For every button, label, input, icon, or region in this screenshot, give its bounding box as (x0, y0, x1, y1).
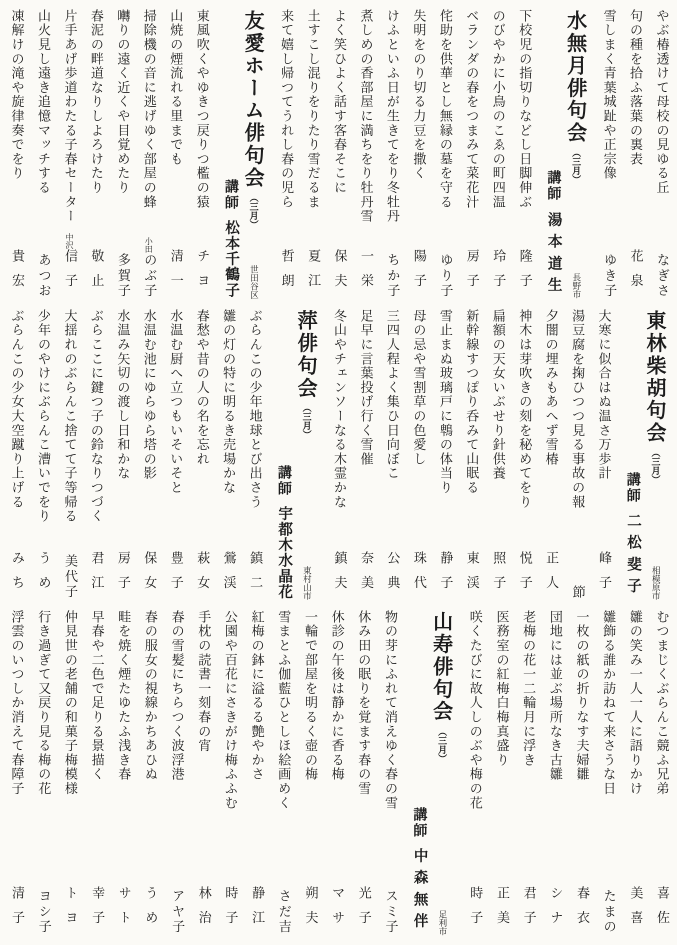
section-heading: 東林柴胡句会 （三月） 相模原市 講師 二松斐子 (626, 309, 666, 601)
haiku-column: 物の芽にふれて消えゆく春の雪 スミ子 (381, 610, 397, 935)
haiku-text: やぶ椿透けて母校の見ゆる丘 (655, 9, 668, 195)
haiku-text: 母の忌や雪割草の色愛し (411, 309, 424, 466)
haiku-author: なぎさ (653, 253, 669, 299)
author-name: ヨシ子 (36, 889, 51, 935)
author-name: 鎮夫 (332, 551, 347, 600)
author-name: 保夫 (332, 249, 347, 298)
haiku-author: 鎮夫 (331, 551, 347, 600)
author-name: 林治 (196, 886, 211, 935)
haiku-author: うめ (141, 886, 157, 935)
section-title: 友愛ホーム俳句会 (243, 10, 263, 189)
author-name: ちか子 (384, 253, 399, 299)
haiku-column: むつまじくぶらんこ競ふ兄弟 喜佐 (653, 610, 669, 935)
author-name: 玲子 (490, 249, 505, 298)
leader-label: 講師 (224, 179, 238, 211)
haiku-column: 雪止まぬ玻璃戸に鵯の体当り 静子 (436, 309, 452, 601)
author-name: チヨ (194, 249, 209, 298)
author-name: のぶ子 (141, 253, 156, 299)
haiku-column: ぶらんこの少年地球とび出さう 鎮二 (246, 309, 262, 601)
section-leader-column: 講師 松本千鶴子 (224, 9, 239, 299)
haiku-column: 春の服女の視線かちあひぬ うめ (141, 610, 157, 935)
haiku-author: 時子 (466, 886, 482, 935)
haiku-column: 団地には並ぶ場所なき古雛 シナ (546, 610, 562, 935)
haiku-column: 雛飾る誰か訪ねて来さうな日 たまの (600, 610, 616, 935)
leader-label: 講師 (546, 170, 560, 202)
haiku-column: 冬山やチェンソーなる木霊かな 鎮夫 (331, 309, 347, 601)
section-title: 山寿俳句会 (432, 611, 452, 723)
haiku-author: 珠代 (410, 551, 426, 600)
haiku-column: 一輪で部屋を明るく壺の梅 朔夫 (301, 610, 317, 935)
haiku-column: 雪しまく青葉城趾や正宗像 ゆき子 (600, 9, 616, 299)
author-name: 信子 (62, 249, 77, 298)
haiku-text: 一輪で部屋を明るく壺の梅 (303, 610, 316, 782)
author-name: 清子 (9, 886, 24, 935)
haiku-text: 雛飾る誰か訪ねて来さうな日 (601, 610, 614, 796)
haiku-text: むつまじくぶらんこ競ふ兄弟 (655, 610, 668, 796)
haiku-author: 多賀子 (114, 253, 130, 299)
haiku-column: 三四人程よく集ひ日向ぼこ 公典 (383, 309, 399, 601)
leader-name: 湯本道生 (546, 212, 561, 299)
section-heading: 萍俳句会 （三月） 東村山市 講師 宇都木水晶花 (277, 309, 317, 601)
haiku-column: 新幹線すつぽり呑みて山眠る 東渓 (463, 309, 479, 601)
leader-name: 二松斐子 (626, 513, 641, 600)
haiku-author: 正人 (542, 551, 558, 600)
haiku-author: 奈美 (357, 551, 373, 600)
section-city: 東村山市 (302, 566, 311, 600)
haiku-text: 公園や百花にさきがけ梅ふふむ (223, 610, 236, 810)
haiku-text: 畦を焼く煙たゆたふ浅き春 (116, 610, 129, 782)
haiku-column: 早春や二色で足りる景描く 幸子 (88, 610, 104, 935)
section-title-column: 東林柴胡句会 （三月） 相模原市 (645, 309, 665, 601)
haiku-column: 仲見世の老舗の和菓子梅模様 トヨ (61, 610, 77, 935)
section-leader-column: 講師 宇都木水晶花 (277, 309, 292, 601)
haiku-text: 春愁や昔の人の名を忘れ (195, 309, 208, 466)
haiku-column: 夕闇の埋みもあへず雪椿 正人 (542, 309, 558, 601)
haiku-column: 凍解けの滝や旋律奏でをり 貴宏 (8, 9, 24, 299)
leader-name: 宇都木水晶花 (277, 506, 292, 600)
author-name: 時子 (467, 886, 482, 935)
author-name: 貴宏 (9, 249, 24, 298)
haiku-column: 春愁や昔の人の名を忘れ 萩女 (193, 309, 209, 601)
haiku-column: 山焼の煙流れる里までも 清一 (167, 9, 183, 299)
author-name: 静子 (437, 551, 452, 600)
haiku-page: やぶ椿透けて母校の見ゆる丘 なぎさ 句の種を拾ふ落葉の裏表 花泉 雪しまく青葉城… (0, 0, 677, 945)
section-title: 萍俳句会 (296, 310, 316, 400)
haiku-text: 夕闇の埋みもあへず雪椿 (544, 309, 557, 466)
author-name: 敬止 (88, 249, 103, 298)
haiku-column: 大寒に似合はぬ温さ万歩計 峰子 (595, 309, 611, 601)
section-month: （三月） (247, 193, 260, 229)
section-title-column: 萍俳句会 （三月） 東村山市 (296, 309, 316, 601)
haiku-text: 浮雲のいつしか消えて春障子 (10, 610, 23, 796)
haiku-author: 隆子 (516, 249, 532, 298)
haiku-column: 片手あげ歩道わたる子春セーター 中沢信子 (61, 9, 77, 299)
haiku-band-1: やぶ椿透けて母校の見ゆる丘 なぎさ 句の種を拾ふ落葉の裏表 花泉 雪しまく青葉城… (8, 9, 669, 299)
haiku-author: 悦子 (516, 551, 532, 600)
haiku-text: ぶらんこの少女大空蹴り上げる (10, 309, 23, 509)
haiku-author: あつお (34, 253, 50, 299)
author-name: 正人 (543, 551, 558, 600)
author-name: 時子 (222, 886, 237, 935)
haiku-text: 雛の笑み一人一人に語りかけ (628, 610, 641, 796)
haiku-author: たまの (600, 889, 616, 935)
haiku-column: 水温む厨へ立つもいそいそと 豊子 (167, 309, 183, 601)
haiku-text: 団地には並ぶ場所なき古雛 (548, 610, 561, 782)
haiku-text: 雪しまく青葉城趾や正宗像 (602, 9, 615, 181)
haiku-author: 照子 (489, 551, 505, 600)
haiku-column: 扁額の天女いぶせり針供養 照子 (489, 309, 505, 601)
section-heading: 水無月俳句会 （三月） 長野市 講師 湯本道生 (546, 9, 586, 299)
author-name: 光子 (356, 886, 371, 935)
haiku-author: マサ (328, 886, 344, 935)
haiku-column: 東風吹くやゆきつ戻りつ檻の猿 チヨ (193, 9, 209, 299)
haiku-column: 水温み矢切の渡し日和かな 房子 (114, 309, 130, 601)
haiku-author: スミ子 (381, 889, 397, 935)
haiku-author: ヨシ子 (35, 889, 51, 935)
haiku-author: 春衣 (573, 886, 589, 935)
haiku-text: 雛の灯の特に明るき売場かな (221, 309, 234, 495)
haiku-text: けふといふ日が生きてをり冬牡丹 (385, 9, 398, 224)
haiku-author: 一栄 (357, 249, 373, 298)
haiku-author: 哲朗 (278, 249, 294, 298)
haiku-text: 雪止まぬ玻璃戸に鵯の体当り (438, 309, 451, 495)
haiku-author: ゆり子 (436, 253, 452, 299)
author-name: 隆子 (517, 249, 532, 298)
haiku-author: 公典 (383, 551, 399, 600)
haiku-text: 侘助を供華とし無縁の墓を守る (438, 9, 451, 209)
section-city: 世田谷区 (249, 265, 258, 299)
haiku-column: 休診の午後は静かに香る梅 マサ (328, 610, 344, 935)
author-name: ゆき子 (601, 253, 616, 299)
haiku-text: ぶらんこの少年地球とび出さう (248, 309, 261, 509)
haiku-column: 休み田の眠りを覚ます春の雪 光子 (355, 610, 371, 935)
author-name: 多賀子 (115, 253, 130, 299)
haiku-author: 幸子 (88, 886, 104, 935)
author-name: 照子 (490, 551, 505, 600)
haiku-text: のびやかに小鳥のこゑの町四温 (491, 9, 504, 209)
haiku-column: 囀りの遠く近くや目覚めたり 多賀子 (114, 9, 130, 299)
author-name: 一栄 (358, 249, 373, 298)
author-name: 珠代 (411, 551, 426, 600)
haiku-column: 一枚の紙の折りなす夫婦雛 春衣 (573, 610, 589, 935)
author-name: 君江 (88, 551, 103, 600)
author-name: 鶯渓 (221, 551, 236, 600)
author-name: 悦子 (517, 551, 532, 600)
haiku-author: 小田のぶ子 (140, 237, 156, 299)
author-name: 夏江 (305, 249, 320, 298)
haiku-author: 房子 (463, 249, 479, 298)
haiku-text: 扁額の天女いぶせり針供養 (491, 309, 504, 481)
haiku-column: 手枕の読書一刻春の宵 林治 (195, 610, 211, 935)
haiku-text: 一枚の紙の折りなす夫婦雛 (574, 610, 587, 782)
haiku-author: 東渓 (463, 551, 479, 600)
leader-label: 講師 (277, 465, 291, 497)
haiku-author: ゆき子 (600, 253, 616, 299)
haiku-text: 下校児の指切りなどし日脚伸ぶ (517, 9, 530, 209)
section-leader-column: 講師 中森無伴 (412, 610, 427, 935)
author-name: 東渓 (464, 551, 479, 600)
haiku-text: 休み田の眠りを覚ます春の雪 (356, 610, 369, 796)
author-name: なぎさ (654, 253, 669, 299)
haiku-author: 喜佐 (653, 886, 669, 935)
haiku-column: 行き過ぎて又戻り見る梅の花 ヨシ子 (35, 610, 51, 935)
author-name: サト (116, 886, 131, 935)
author-name: 正美 (494, 886, 509, 935)
haiku-text: 東風吹くやゆきつ戻りつ檻の猿 (195, 9, 208, 209)
haiku-author: 朔夫 (301, 886, 317, 935)
haiku-author: 清一 (167, 249, 183, 298)
author-name: さだ吉 (276, 889, 291, 935)
section-month: （三月） (649, 448, 662, 484)
author-name: トヨ (62, 886, 77, 935)
haiku-column: 雛の灯の特に明るき売場かな 鶯渓 (220, 309, 236, 601)
haiku-column: 土すこし混りをりたり雪だるま 夏江 (304, 9, 320, 299)
haiku-text: 春泥の畔道なりしよろけたり (89, 9, 102, 195)
haiku-author: 豊子 (167, 551, 183, 600)
haiku-author: 花泉 (627, 249, 643, 298)
author-name: 保女 (141, 551, 156, 600)
haiku-text: 囀りの遠く近くや目覚めたり (115, 9, 128, 195)
haiku-text: 湯豆腐を掬ひつつ見る事故の報 (570, 309, 583, 509)
haiku-text: 山焼の煙流れる里までも (168, 9, 181, 166)
haiku-column: 掃除機の音に逃げゆく部屋の蜂 小田のぶ子 (140, 9, 156, 299)
haiku-column: 山火見し遠き追憶マッチする あつお (34, 9, 50, 299)
author-name: 清一 (168, 249, 183, 298)
haiku-column: 神木は芽吹きの刻を秘めてをり 悦子 (516, 309, 532, 601)
haiku-column: やぶ椿透けて母校の見ゆる丘 なぎさ (653, 9, 669, 299)
haiku-author: 光子 (355, 886, 371, 935)
haiku-text: 足早に言葉投げ行く雪催 (358, 309, 371, 466)
haiku-author: 陽子 (410, 249, 426, 298)
haiku-author: 保夫 (331, 249, 347, 298)
haiku-text: 老梅の花一二輪月に浮き (521, 610, 534, 767)
author-name: 美喜 (627, 886, 642, 935)
haiku-author: うめ (34, 551, 50, 600)
haiku-column: 足早に言葉投げ行く雪催 奈美 (357, 309, 373, 601)
author-name: 公典 (384, 551, 399, 600)
haiku-text: 失明をのり切る力豆を撒く (411, 9, 424, 181)
haiku-column: 侘助を供華とし無縁の墓を守る ゆり子 (436, 9, 452, 299)
haiku-text: 新幹線すつぽり呑みて山眠る (464, 309, 477, 495)
author-name: 萩女 (194, 551, 209, 600)
author-name: たまの (601, 889, 616, 935)
haiku-author: 君子 (520, 886, 536, 935)
author-name: 陽子 (411, 249, 426, 298)
leader-name: 中森無伴 (412, 848, 427, 935)
haiku-text: 神木は芽吹きの刻を秘めてをり (517, 309, 530, 509)
section-title-column: 水無月俳句会 （三月） 長野市 (566, 9, 586, 299)
leader-label: 講師 (626, 472, 640, 504)
author-name: うめ (142, 886, 157, 935)
haiku-column: のびやかに小鳥のこゑの町四温 玲子 (489, 9, 505, 299)
author-name: あつお (35, 253, 50, 299)
haiku-author: 萩女 (193, 551, 209, 600)
section-leader-column: 講師 二松斐子 (626, 309, 641, 601)
haiku-author: さだ吉 (275, 889, 291, 935)
haiku-text: 句の種を拾ふ落葉の裏表 (628, 9, 641, 166)
haiku-band-3: むつまじくぶらんこ競ふ兄弟 喜佐 雛の笑み一人一人に語りかけ 美喜 雛飾る誰か訪… (8, 610, 669, 935)
haiku-column: ベランダの春をつまみて菜花汁 房子 (463, 9, 479, 299)
haiku-text: 行き過ぎて又戻り見る梅の花 (36, 610, 49, 796)
haiku-text: 仲見世の老舗の和菓子梅模様 (63, 610, 76, 796)
haiku-column: ぶらんこの少女大空蹴り上げる みち (8, 309, 24, 601)
section-city: 足利市 (437, 910, 446, 936)
haiku-author: 美代子 (61, 554, 77, 600)
haiku-author: チヨ (193, 249, 209, 298)
haiku-author: 林治 (195, 886, 211, 935)
author-name: 節 (570, 585, 585, 600)
haiku-column: 少年のやけにぶらんこ漕いでをり うめ (34, 309, 50, 601)
author-name: 房子 (464, 249, 479, 298)
haiku-author: 正美 (493, 886, 509, 935)
author-name: 朔夫 (302, 886, 317, 935)
haiku-text: 春の服女の視線かちあひぬ (143, 610, 156, 782)
author-name: シナ (547, 886, 562, 935)
haiku-author: 峰子 (595, 551, 611, 600)
section-title: 水無月俳句会 (566, 10, 586, 144)
haiku-column: 咲くたびに故人しのぶや梅の花 時子 (466, 610, 482, 935)
haiku-column: 雪まとふ伽藍ひとしほ絵画めく さだ吉 (275, 610, 291, 935)
haiku-column: 句の種を拾ふ落葉の裏表 花泉 (627, 9, 643, 299)
haiku-text: 片手あげ歩道わたる子春セーター (62, 9, 75, 224)
author-name: マサ (329, 886, 344, 935)
author-name: 君子 (521, 886, 536, 935)
haiku-column: 大揺れのぶらんこ捨てて子等帰る 美代子 (61, 309, 77, 601)
author-name: 春衣 (574, 886, 589, 935)
haiku-author: サト (115, 886, 131, 935)
section-heading: 友愛ホーム俳句会 （三月） 世田谷区 講師 松本千鶴子 (224, 9, 264, 299)
author-name: うめ (35, 551, 50, 600)
haiku-text: 大揺れのぶらんこ捨てて子等帰る (62, 309, 75, 524)
author-name: アヤ子 (169, 889, 184, 935)
haiku-text: 山火見し遠き追憶マッチする (36, 9, 49, 195)
haiku-author: 中沢信子 (61, 233, 77, 298)
leader-name: 松本千鶴子 (224, 220, 239, 298)
haiku-text: 紅梅の鉢に溢るる艶やかさ (250, 610, 263, 782)
haiku-column: 春泥の畔道なりしよろけたり 敬止 (87, 9, 103, 299)
haiku-text: 水温み矢切の渡し日和かな (115, 309, 128, 481)
haiku-column: 畦を焼く煙たゆたふ浅き春 サト (115, 610, 131, 935)
section-month: （三月） (435, 727, 448, 763)
haiku-author: 保女 (140, 551, 156, 600)
haiku-author: 清子 (8, 886, 24, 935)
haiku-author: 静子 (436, 551, 452, 600)
haiku-author: アヤ子 (168, 889, 184, 935)
haiku-text: 冬山やチェンソーなる木霊かな (332, 309, 345, 509)
haiku-text: 春の雪髪にちらつく波浮港 (170, 610, 183, 782)
haiku-column: 浮雲のいつしか消えて春障子 清子 (8, 610, 24, 935)
author-name: 花泉 (628, 249, 643, 298)
haiku-text: 手枕の読書一刻春の宵 (196, 610, 209, 753)
haiku-text: 水温む池にゆらゆら塔の影 (142, 309, 155, 481)
haiku-column: 失明をのり切る力豆を撒く 陽子 (410, 9, 426, 299)
haiku-column: 雛の笑み一人一人に語りかけ 美喜 (626, 610, 642, 935)
haiku-text: 医務室の紅梅白梅真盛り (494, 610, 507, 767)
author-name: 哲朗 (279, 249, 294, 298)
haiku-author: ちか子 (383, 253, 399, 299)
haiku-text: 掃除機の音に逃げゆく部屋の蜂 (142, 9, 155, 209)
haiku-text: 煮しめの香部屋に満ちをり牡丹雪 (358, 9, 371, 224)
author-surname-small: 中沢 (65, 233, 74, 249)
haiku-column: 春の雪髪にちらつく波浮港 アヤ子 (168, 610, 184, 935)
haiku-text: ぶらここに鍵つ子の鈴なりつづく (89, 309, 102, 524)
haiku-column: 水温む池にゆらゆら塔の影 保女 (140, 309, 156, 601)
haiku-text: 咲くたびに故人しのぶや梅の花 (468, 610, 481, 810)
haiku-text: 大寒に似合はぬ温さ万歩計 (597, 309, 610, 481)
haiku-text: 三四人程よく集ひ日向ぼこ (385, 309, 398, 481)
section-leader-column: 講師 湯本道生 (546, 9, 561, 299)
haiku-author: 君江 (87, 551, 103, 600)
author-name: 房子 (115, 551, 130, 600)
haiku-column: ぶらここに鍵つ子の鈴なりつづく 君江 (87, 309, 103, 601)
section-heading: 山寿俳句会 （三月） 足利市 講師 中森無伴 (412, 610, 452, 935)
haiku-column: よく笑ひよく話す客春そこに 保夫 (331, 9, 347, 299)
haiku-column: 母の忌や雪割草の色愛し 珠代 (410, 309, 426, 601)
author-name: ゆり子 (437, 253, 452, 299)
haiku-author: 鶯渓 (220, 551, 236, 600)
haiku-column: 公園や百花にさきがけ梅ふふむ 時子 (221, 610, 237, 935)
haiku-author: 節 (569, 585, 585, 600)
section-title-column: 山寿俳句会 （三月） 足利市 (432, 610, 452, 935)
haiku-column: 医務室の紅梅白梅真盛り 正美 (493, 610, 509, 935)
haiku-author: 鎮二 (246, 551, 262, 600)
haiku-author: 時子 (221, 886, 237, 935)
haiku-author: 玲子 (489, 249, 505, 298)
author-name: 美代子 (62, 554, 77, 600)
haiku-column: 煮しめの香部屋に満ちをり牡丹雪 一栄 (357, 9, 373, 299)
haiku-column: 来て嬉し帰つてうれし春の児ら 哲朗 (278, 9, 294, 299)
author-name: 奈美 (358, 551, 373, 600)
section-month: （三月） (569, 148, 582, 184)
haiku-text: 物の芽にふれて消えゆく春の雪 (383, 610, 396, 810)
haiku-band-2: 東林柴胡句会 （三月） 相模原市 講師 二松斐子 大寒に似合はぬ温さ万歩計 峰子… (8, 309, 669, 601)
author-surname-small: 小田 (144, 237, 153, 253)
haiku-author: トヨ (61, 886, 77, 935)
haiku-text: 休診の午後は静かに香る梅 (330, 610, 343, 782)
author-name: 幸子 (89, 886, 104, 935)
haiku-text: 少年のやけにぶらんこ漕いでをり (36, 309, 49, 524)
leader-label: 講師 (412, 807, 426, 839)
haiku-author: 静江 (248, 886, 264, 935)
haiku-text: 土すこし混りをりたり雪だるま (306, 9, 319, 209)
haiku-column: 湯豆腐を掬ひつつ見る事故の報 節 (569, 309, 585, 601)
haiku-column: けふといふ日が生きてをり冬牡丹 ちか子 (383, 9, 399, 299)
section-month: （三月） (300, 403, 313, 439)
author-name: スミ子 (382, 889, 397, 935)
section-city: 相模原市 (651, 566, 660, 600)
author-name: 鎮二 (247, 551, 262, 600)
haiku-author: 貴宏 (8, 249, 24, 298)
haiku-column: 紅梅の鉢に溢るる艶やかさ 静江 (248, 610, 264, 935)
section-city: 長野市 (571, 273, 580, 299)
haiku-text: 水温む厨へ立つもいそいそと (168, 309, 181, 495)
haiku-text: ベランダの春をつまみて菜花汁 (464, 9, 477, 209)
author-name: みち (9, 551, 24, 600)
haiku-column: 老梅の花一二輪月に浮き 君子 (520, 610, 536, 935)
haiku-text: 凍解けの滝や旋律奏でをり (10, 9, 23, 181)
section-title: 東林柴胡句会 (645, 310, 665, 444)
author-name: 喜佐 (654, 886, 669, 935)
haiku-text: 来て嬉し帰つてうれし春の児ら (279, 9, 292, 209)
haiku-column: 下校児の指切りなどし日脚伸ぶ 隆子 (516, 9, 532, 299)
haiku-author: 美喜 (626, 886, 642, 935)
haiku-author: 敬止 (87, 249, 103, 298)
author-name: 静江 (249, 886, 264, 935)
author-name: 豊子 (168, 551, 183, 600)
haiku-author: シナ (546, 886, 562, 935)
author-name: 峰子 (596, 551, 611, 600)
haiku-text: 早春や二色で足りる景描く (90, 610, 103, 782)
